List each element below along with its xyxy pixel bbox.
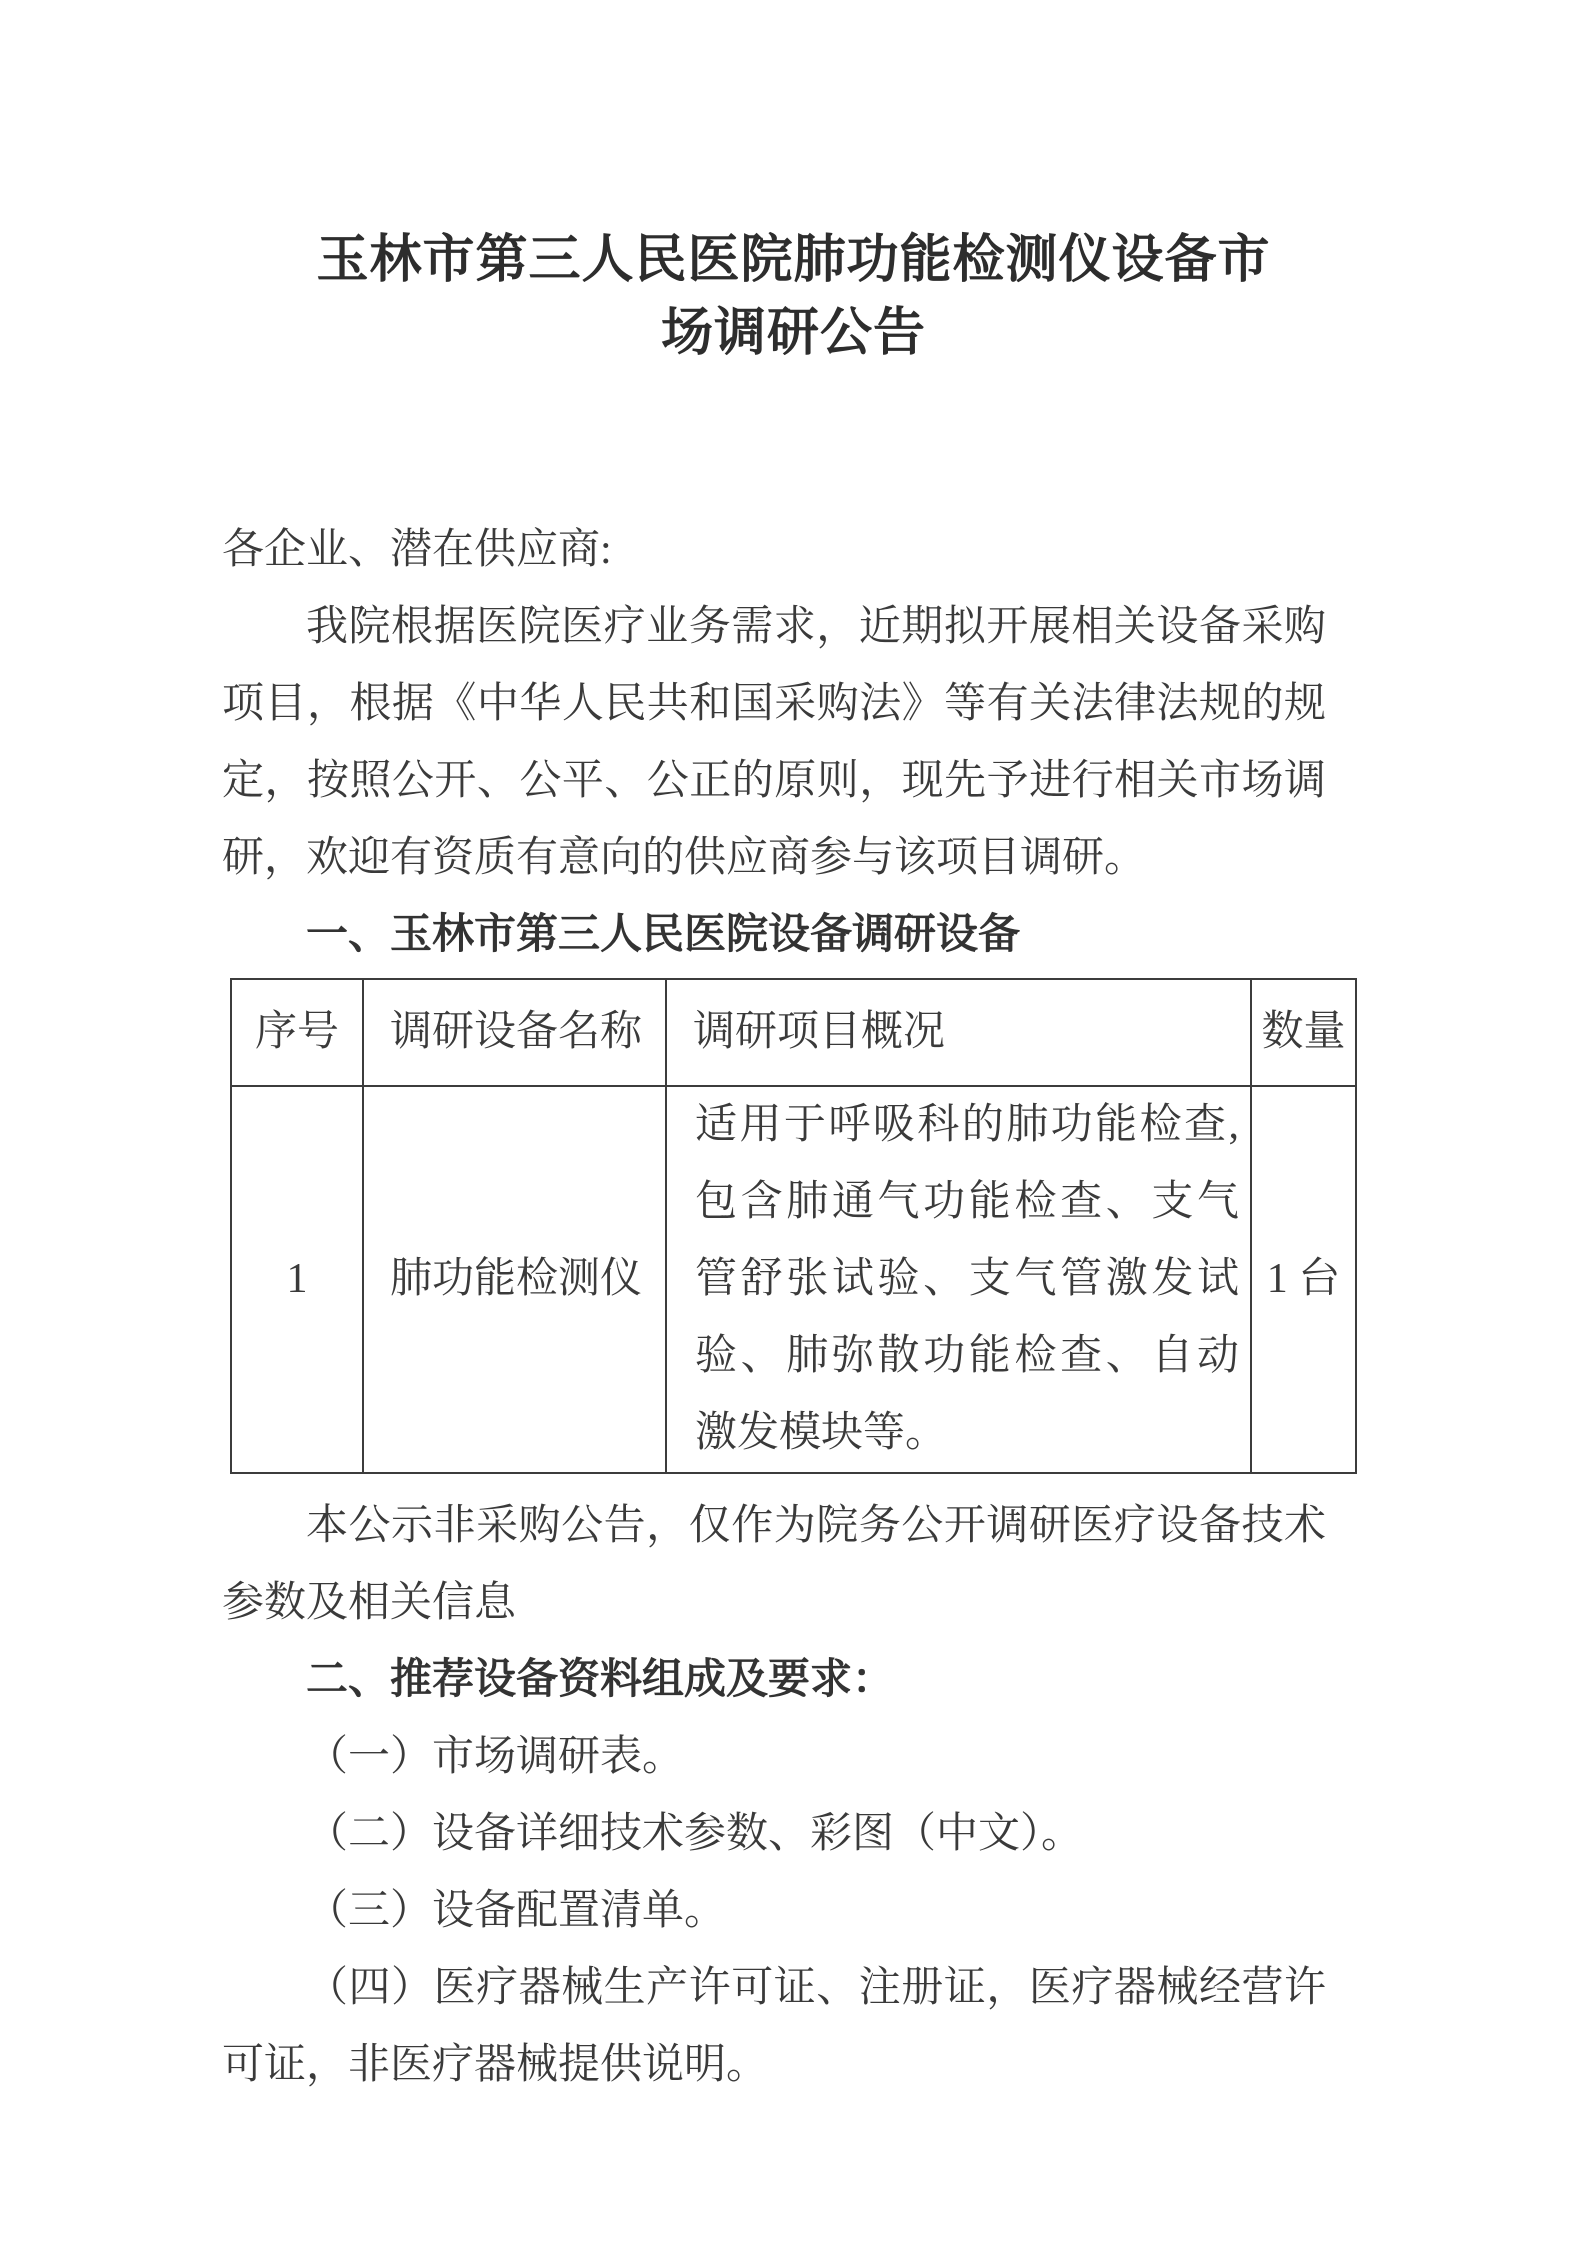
section2-heading: 二、推荐设备资料组成及要求：: [222, 1642, 1326, 1719]
salutation-line: 各企业、潜在供应商:: [222, 512, 1326, 589]
table-row: 1 肺功能检测仪 适用于呼吸科的肺功能检查,包含肺通气功能检查、支气管舒张试验、…: [231, 1086, 1356, 1473]
document-body: 各企业、潜在供应商: 我院根据医院医疗业务需求，近期拟开展相关设备采购项目，根据…: [222, 512, 1326, 2104]
requirement-item-2: （二）设备详细技术参数、彩图（中文）。: [222, 1796, 1326, 1873]
header-cell-overview: 调研项目概况: [666, 979, 1251, 1086]
header-cell-quantity: 数量: [1251, 979, 1356, 1086]
note-paragraph: 本公示非采购公告，仅作为院务公开调研医疗设备技术参数及相关信息: [222, 1488, 1326, 1642]
document-page: 玉林市第三人民医院肺功能检测仪设备市场调研公告 各企业、潜在供应商: 我院根据医…: [0, 0, 1587, 2245]
cell-device-name: 肺功能检测仪: [363, 1086, 666, 1473]
cell-quantity: 1 台: [1251, 1086, 1356, 1473]
page-title: 玉林市第三人民医院肺功能检测仪设备市场调研公告: [304, 224, 1284, 370]
header-cell-seq: 序号: [231, 979, 363, 1086]
header-cell-device-name: 调研设备名称: [363, 979, 666, 1086]
requirement-item-4: （四）医疗器械生产许可证、注册证，医疗器械经营许可证，非医疗器械提供说明。: [222, 1950, 1326, 2104]
section1-heading: 一、玉林市第三人民医院设备调研设备: [222, 897, 1326, 974]
requirement-item-1: （一）市场调研表。: [222, 1719, 1326, 1796]
intro-paragraph: 我院根据医院医疗业务需求，近期拟开展相关设备采购项目，根据《中华人民共和国采购法…: [222, 589, 1326, 897]
cell-seq: 1: [231, 1086, 363, 1473]
equipment-research-table: 序号 调研设备名称 调研项目概况 数量 1 肺功能检测仪 适用于呼吸科的肺功能检…: [230, 978, 1357, 1474]
table-header-row: 序号 调研设备名称 调研项目概况 数量: [231, 979, 1356, 1086]
cell-overview: 适用于呼吸科的肺功能检查,包含肺通气功能检查、支气管舒张试验、支气管激发试验、肺…: [666, 1086, 1251, 1473]
requirement-item-3: （三）设备配置清单。: [222, 1873, 1326, 1950]
